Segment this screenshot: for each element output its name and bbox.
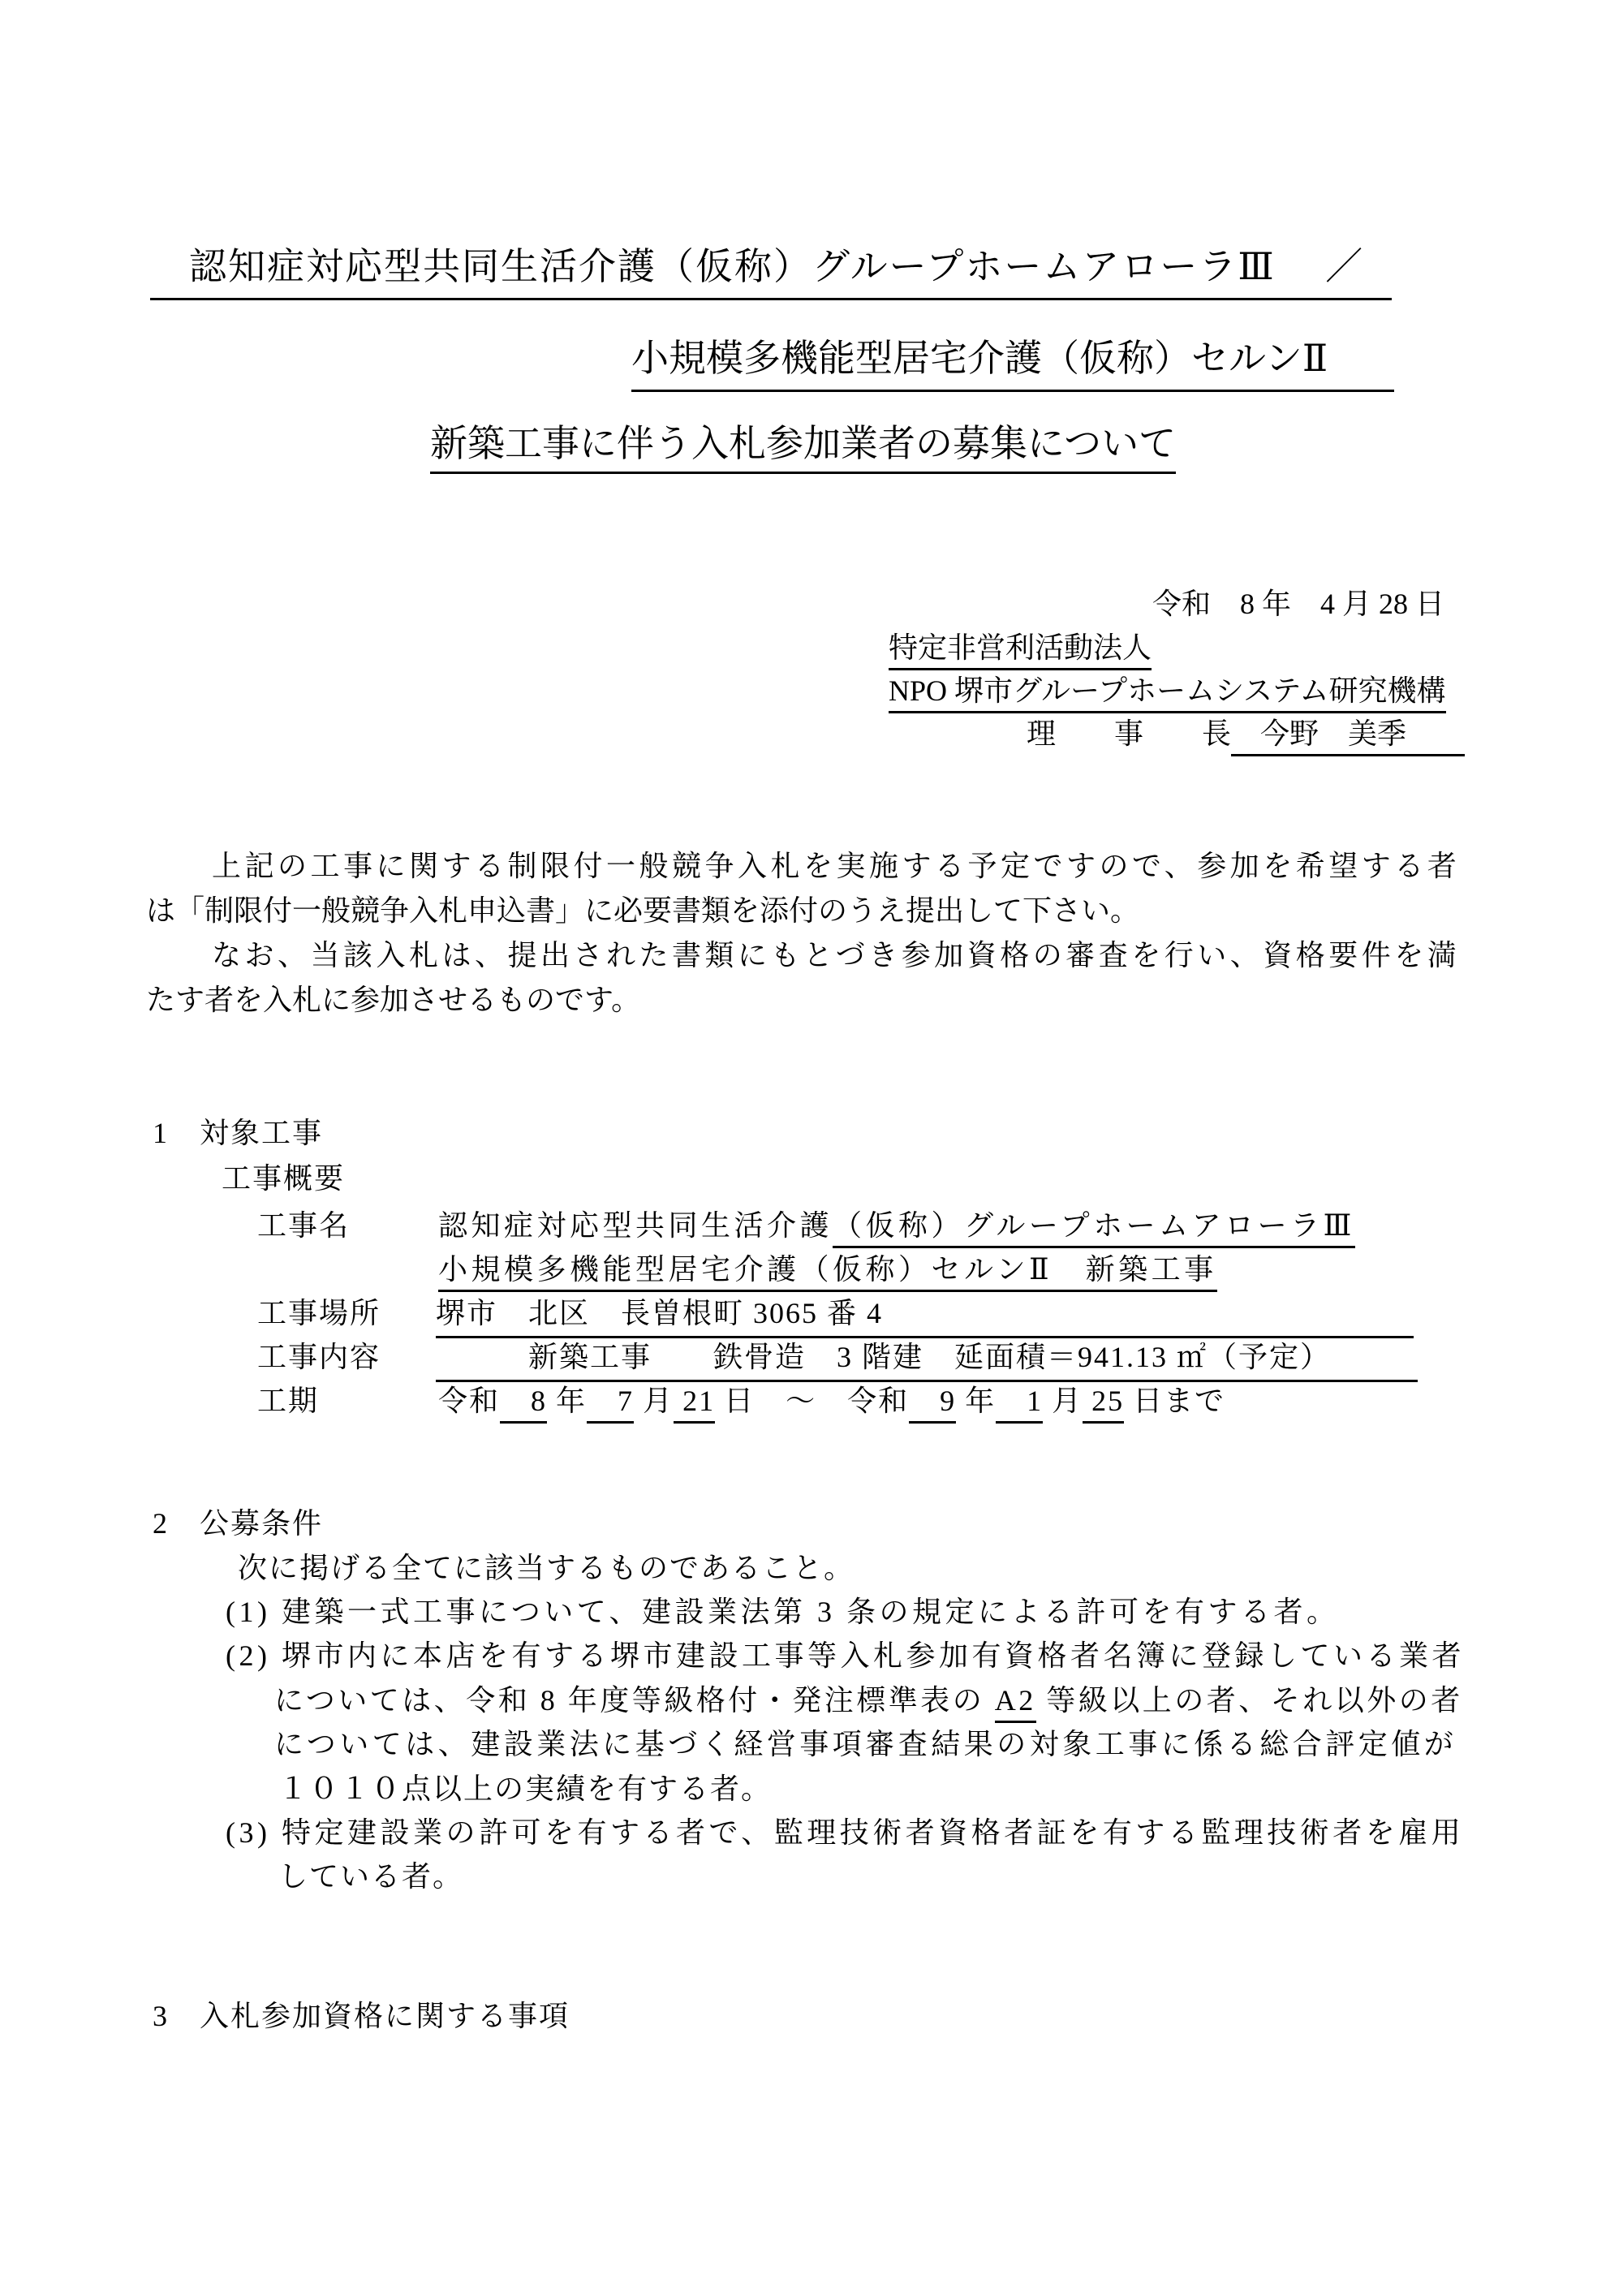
work-name-plain: 認知症対応型共同生活介護	[438, 1209, 833, 1242]
org-name-text: NPO 堺市グループホームシステム研究機構	[889, 674, 1446, 713]
doc-title-line-1-text: 認知症対応型共同生活介護（仮称）グループホームアローラⅢ ／	[150, 243, 1392, 300]
work-content-row: 新築工事 鉄骨造 3 階建 延面積＝941.13 ㎡（予定）	[436, 1339, 1418, 1382]
org-name: NPO 堺市グループホームシステム研究機構	[889, 673, 1446, 709]
work-location-row: 堺市 北区 長曽根町 3065 番 4	[436, 1295, 1414, 1338]
issue-date: 令和 8 年 4 月 28 日	[1152, 586, 1444, 622]
work-content-label: 工事内容	[257, 1339, 381, 1376]
work-content-value: 新築工事 鉄骨造 3 階建 延面積＝941.13 ㎡（予定）	[436, 1339, 1418, 1382]
intro-line-2: は「制限付一般競争入札申込書」に必要書類を添付のうえ提出して下さい。	[146, 893, 1139, 929]
period-year-unit-1: 年	[547, 1385, 587, 1417]
period-year-start: 8	[500, 1385, 547, 1424]
work-location-label: 工事場所	[257, 1295, 381, 1332]
intro-line-4: たす者を入札に参加させるものです。	[146, 982, 640, 1019]
org-type: 特定非営利活動法人	[889, 630, 1152, 666]
work-name-value-line-1: 認知症対応型共同生活介護（仮称）グループホームアローラⅢ	[438, 1208, 1355, 1244]
doc-title-line-2-text: 小規模多機能型居宅介護（仮称）セルンⅡ	[631, 335, 1394, 392]
condition-2-line-2-pre: については、令和 8 年度等級格付・発注標準表の	[274, 1684, 995, 1717]
section2-intro: 次に掲げる全てに該当するものであること。	[238, 1550, 855, 1587]
period-separator: 日 ～ 令和	[715, 1385, 909, 1417]
work-location-value: 堺市 北区 長曽根町 3065 番 4	[436, 1295, 1414, 1338]
period-month-unit-2: 月	[1043, 1385, 1083, 1417]
doc-title-line-3-text: 新築工事に伴う入札参加業者の募集について	[430, 423, 1176, 474]
condition-2-line-2-post: 等級以上の者、それ以外の者	[1036, 1684, 1463, 1717]
period-day-end: 25	[1083, 1385, 1124, 1424]
representative-title: 理 事 長	[1027, 717, 1231, 750]
section1-heading: 1 対象工事	[153, 1115, 323, 1152]
period-era-start: 令和	[438, 1385, 500, 1417]
doc-title-line-2: 小規模多機能型居宅介護（仮称）セルンⅡ	[631, 335, 1394, 392]
doc-title-line-1: 認知症対応型共同生活介護（仮称）グループホームアローラⅢ ／	[150, 243, 1392, 300]
section1-subheading: 工事概要	[222, 1161, 345, 1197]
condition-2-line-2: については、令和 8 年度等級格付・発注標準表の A2 等級以上の者、それ以外の…	[274, 1682, 1463, 1719]
work-name-underlined: （仮称）グループホームアローラⅢ	[833, 1209, 1355, 1248]
work-period-value: 令和 8 年 7 月 21 日 ～ 令和 9 年 1 月 25 日まで	[438, 1383, 1225, 1419]
period-month-start: 7	[587, 1385, 634, 1424]
doc-title-line-3: 新築工事に伴う入札参加業者の募集について	[430, 420, 1176, 467]
condition-3-line-2: している者。	[278, 1859, 463, 1895]
intro-line-1: 上記の工事に関する制限付一般競争入札を実施する予定ですので、参加を希望する者	[146, 848, 1460, 885]
condition-3-line-1: (3) 特定建設業の許可を有する者で、監理技術者資格者証を有する監理技術者を雇用	[226, 1815, 1464, 1851]
work-period-label: 工期	[257, 1383, 319, 1419]
period-year-end: 9	[909, 1385, 956, 1424]
document-page: 認知症対応型共同生活介護（仮称）グループホームアローラⅢ ／ 小規模多機能型居宅…	[0, 0, 1623, 2296]
work-name-label: 工事名	[257, 1208, 350, 1244]
intro-line-3: なお、当該入札は、提出された書類にもとづき参加資格の審査を行い、資格要件を満	[146, 937, 1460, 974]
condition-2-line-4: １０１０点以上の実績を有する者。	[278, 1771, 772, 1807]
work-name-line-2-text: 小規模多機能型居宅介護（仮称）セルンⅡ 新築工事	[438, 1253, 1217, 1292]
representative-line: 理 事 長 今野 美季	[1027, 716, 1465, 752]
org-type-text: 特定非営利活動法人	[889, 631, 1152, 670]
condition-1: (1) 建築一式工事について、建設業法第 3 条の規定による許可を有する者。	[226, 1594, 1340, 1630]
section3-heading: 3 入札参加資格に関する事項	[153, 1998, 570, 2035]
period-tail: 日まで	[1124, 1385, 1225, 1417]
condition-2-line-3: については、建設業法に基づく経営事項審査結果の対象工事に係る総合評定値が	[274, 1726, 1457, 1763]
grade-a2-underlined: A2	[995, 1684, 1036, 1723]
section2-heading: 2 公募条件	[153, 1506, 323, 1542]
representative-name: 今野 美季	[1231, 717, 1465, 756]
work-name-value-line-2: 小規模多機能型居宅介護（仮称）セルンⅡ 新築工事	[438, 1251, 1217, 1288]
period-day-start: 21	[674, 1385, 715, 1424]
condition-2-line-1: (2) 堺市内に本店を有する堺市建設工事等入札参加有資格者名簿に登録している業者	[226, 1638, 1465, 1674]
period-month-end: 1	[996, 1385, 1043, 1424]
period-month-unit-1: 月	[634, 1385, 674, 1417]
period-year-unit-2: 年	[956, 1385, 996, 1417]
